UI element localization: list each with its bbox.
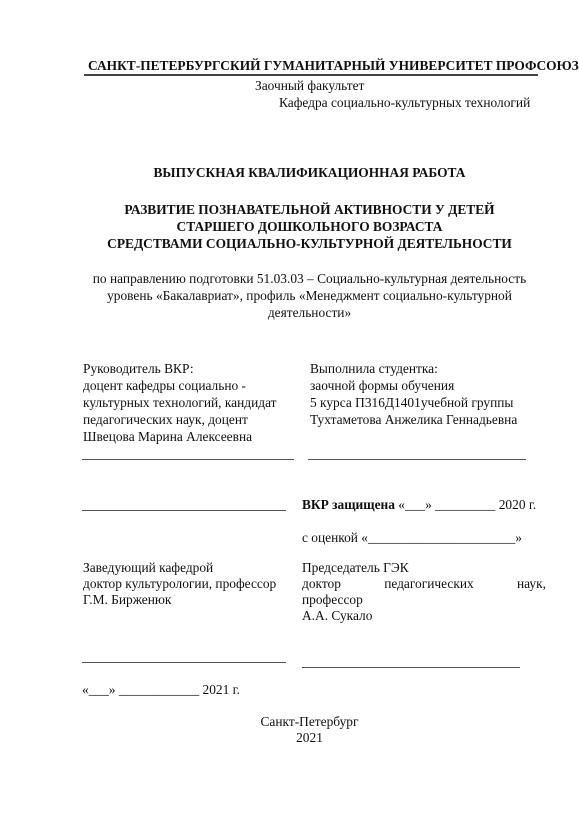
gek-degree-word: доктор bbox=[302, 576, 341, 592]
supervisor-line: культурных технологий, кандидат bbox=[83, 395, 277, 411]
head-line: Заведующий кафедрой bbox=[83, 560, 213, 576]
direction-line-3: деятельности» bbox=[0, 305, 579, 321]
gek-signature-line bbox=[302, 667, 520, 668]
sign-date: «___» ____________ 2021 г. bbox=[82, 682, 240, 698]
work-type-title: ВЫПУСКНАЯ КВАЛИФИКАЦИОННАЯ РАБОТА bbox=[0, 165, 579, 181]
direction-line-1: по направлению подготовки 51.03.03 – Соц… bbox=[0, 271, 579, 287]
gek-title: Председатель ГЭК bbox=[302, 560, 409, 576]
city: Санкт-Петербург bbox=[0, 714, 579, 730]
faculty-name: Заочный факультет bbox=[255, 78, 364, 94]
student-line: заочной формы обучения bbox=[310, 378, 454, 394]
gek-degree: доктор педагогических наук, bbox=[302, 576, 546, 592]
head-line: доктор культурологии, профессор bbox=[83, 576, 276, 592]
defense-grade: с оценкой «______________________» bbox=[302, 530, 522, 546]
student-line: Тухтаметова Анжелика Геннадьевна bbox=[310, 412, 517, 428]
gek-rank: профессор bbox=[302, 592, 363, 608]
student-signature-line bbox=[308, 459, 526, 460]
direction-line-2: уровень «Бакалавриат», профиль «Менеджме… bbox=[0, 288, 579, 304]
defense-info: ВКР защищена «___» _________ 2020 г. bbox=[302, 497, 536, 513]
gek-degree-word: наук, bbox=[517, 576, 546, 592]
department-name: Кафедра социально-культурных технологий bbox=[279, 95, 530, 111]
supervisor-line: педагогических наук, доцент bbox=[83, 412, 248, 428]
defense-date: «___» _________ 2020 г. bbox=[398, 497, 536, 512]
head-line: Г.М. Бирженюк bbox=[83, 592, 171, 608]
supervisor-signature-line bbox=[82, 459, 294, 460]
topic-line-1: РАЗВИТИЕ ПОЗНАВАТЕЛЬНОЙ АКТИВНОСТИ У ДЕТ… bbox=[0, 202, 579, 218]
student-line: 5 курса П316Д1401учебной группы bbox=[310, 395, 513, 411]
university-name: САНКТ-ПЕТЕРБУРГСКИЙ ГУМАНИТАРНЫЙ УНИВЕРС… bbox=[88, 58, 579, 74]
year: 2021 bbox=[0, 730, 579, 746]
supervisor-line: Швецова Марина Алексеевна bbox=[83, 429, 252, 445]
supervisor-line: Руководитель ВКР: bbox=[83, 361, 194, 377]
gek-degree-word: педагогических bbox=[384, 576, 474, 592]
topic-line-3: СРЕДСТВАМИ СОЦИАЛЬНО-КУЛЬТУРНОЙ ДЕЯТЕЛЬН… bbox=[0, 236, 579, 252]
defense-label: ВКР защищена bbox=[302, 497, 395, 512]
gek-name: А.А. Сукало bbox=[302, 608, 372, 624]
topic-line-2: СТАРШЕГО ДОШКОЛЬНОГО ВОЗРАСТА bbox=[0, 219, 579, 235]
student-line: Выполнила студентка: bbox=[310, 361, 438, 377]
header-rule bbox=[84, 74, 538, 76]
left-signature-line bbox=[82, 510, 286, 511]
head-signature-line bbox=[82, 662, 286, 663]
supervisor-line: доцент кафедры социально - bbox=[83, 378, 246, 394]
